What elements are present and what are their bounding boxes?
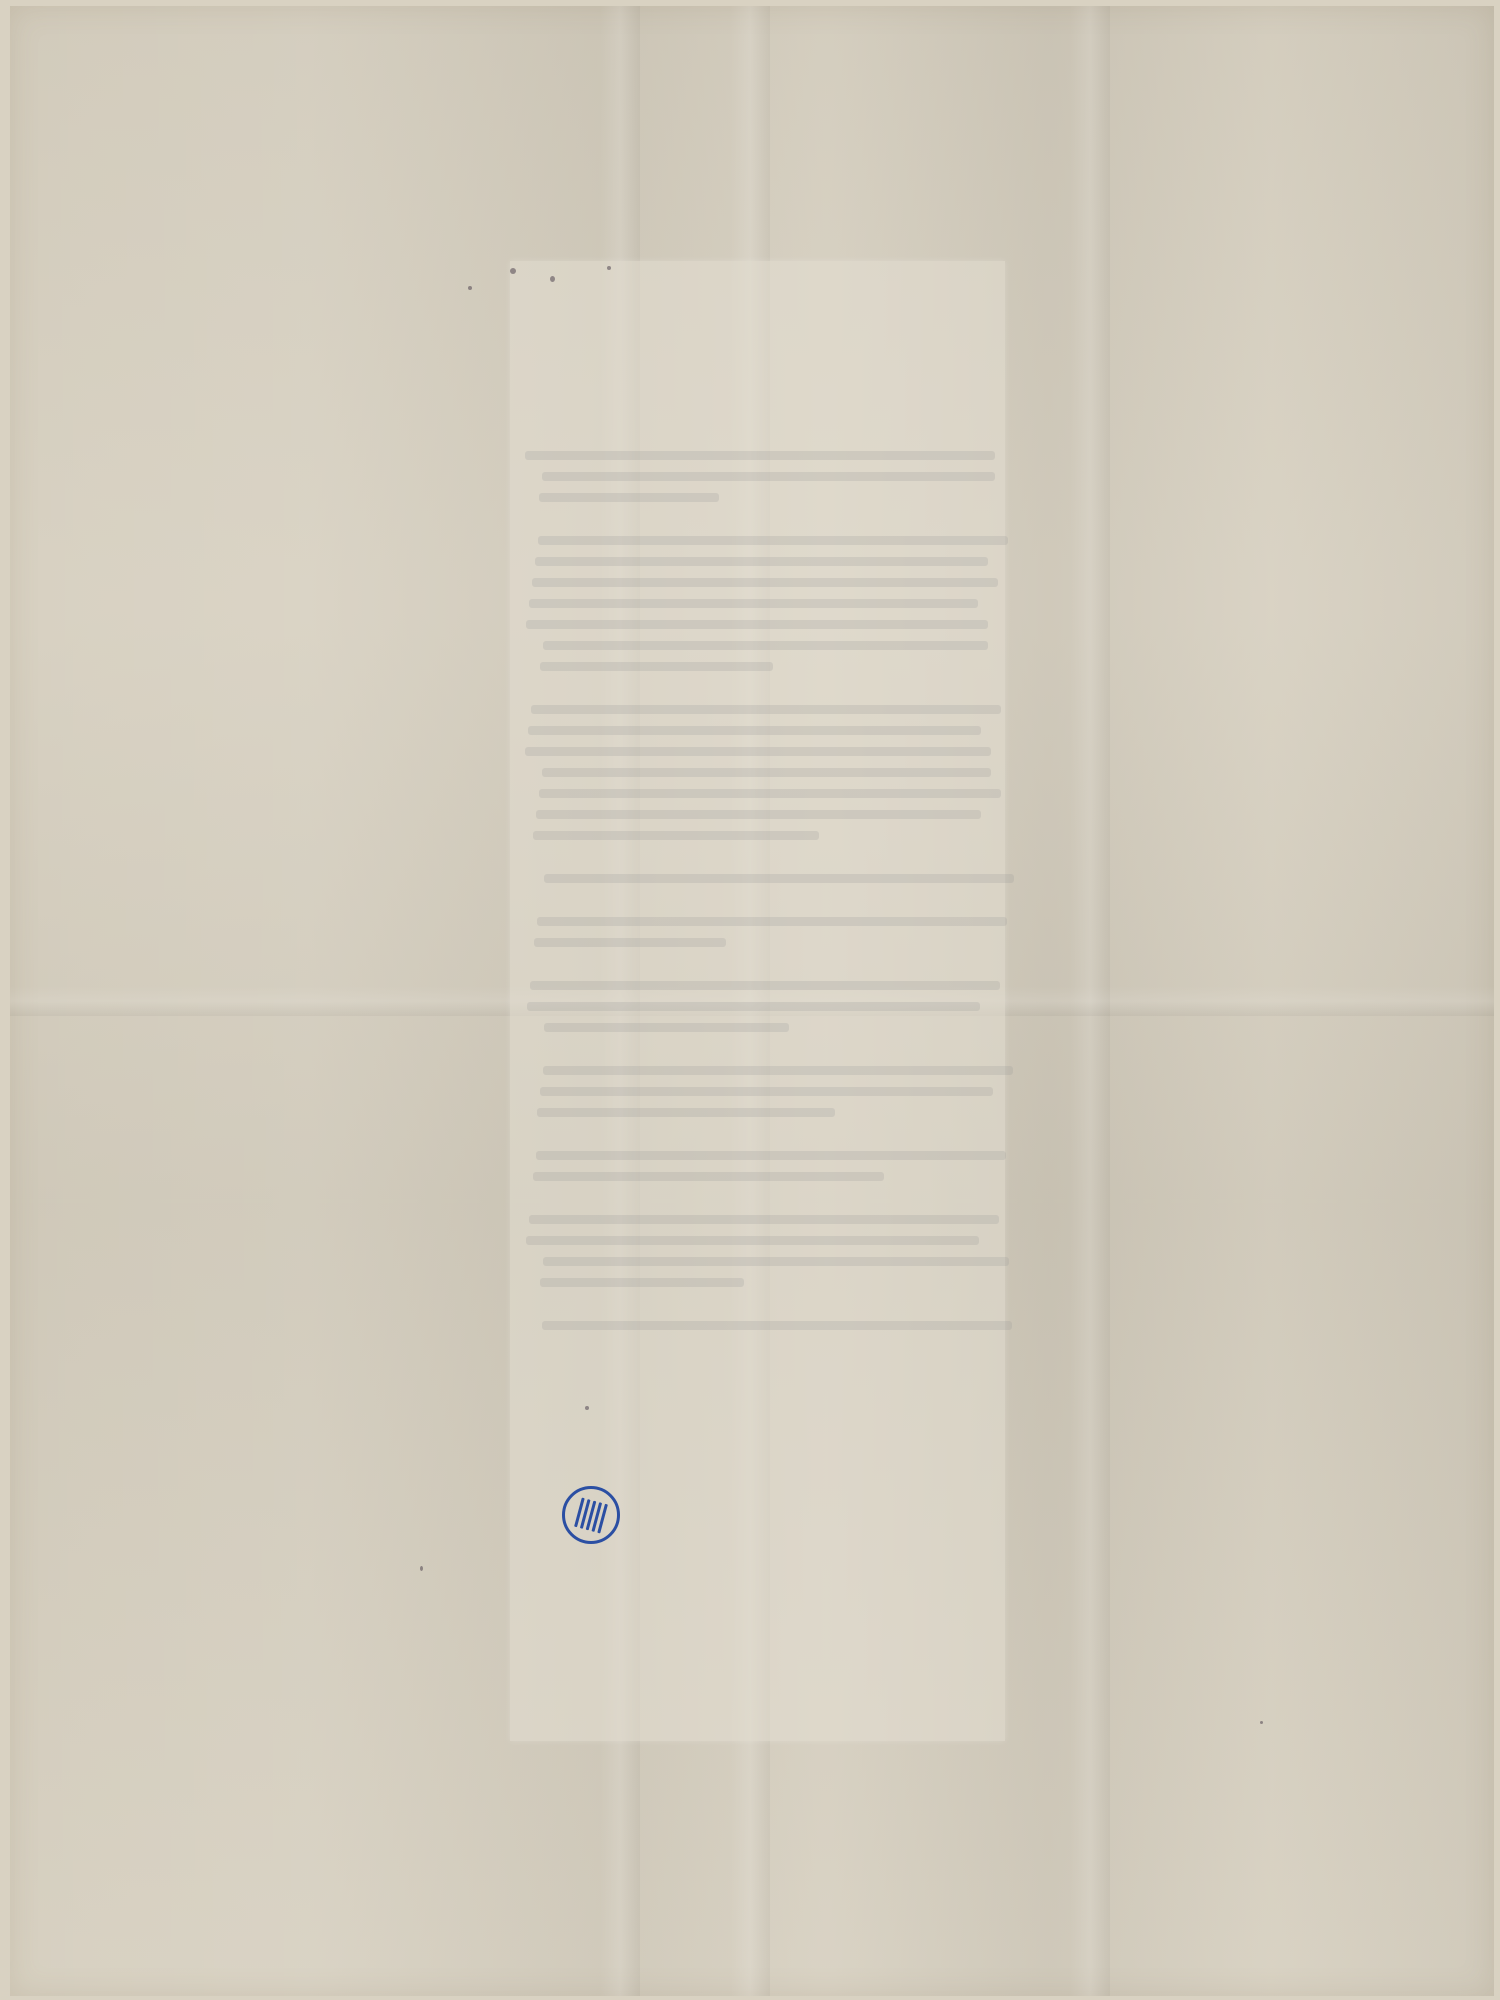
ghost-text-line bbox=[539, 789, 1001, 798]
ghost-text-line bbox=[528, 726, 981, 735]
ink-speck bbox=[550, 276, 555, 282]
ghost-text-line bbox=[533, 1172, 884, 1181]
ink-speck bbox=[607, 266, 611, 270]
ink-speck bbox=[468, 286, 472, 290]
ghost-text-line bbox=[535, 557, 988, 566]
ink-speck bbox=[1260, 1721, 1263, 1724]
ghost-text-line bbox=[534, 938, 726, 947]
ghost-text-line bbox=[544, 1023, 789, 1032]
ghost-text-line bbox=[539, 493, 719, 502]
ghost-text-line bbox=[540, 662, 773, 671]
ghost-text-line bbox=[529, 599, 978, 608]
ghost-text-line bbox=[530, 981, 1000, 990]
ghost-text-line bbox=[531, 705, 1001, 714]
ghost-text-line bbox=[543, 1257, 1009, 1266]
stamp-text-glyphs bbox=[574, 1497, 608, 1533]
ghost-text-line bbox=[527, 1002, 980, 1011]
ghost-text-line bbox=[540, 1278, 744, 1287]
ghost-text-line bbox=[532, 578, 998, 587]
ghost-text-line bbox=[538, 536, 1008, 545]
ghost-text-line bbox=[537, 917, 1007, 926]
paper-sheet bbox=[10, 6, 1494, 1996]
ghost-text-line bbox=[526, 620, 988, 629]
ghost-text-line bbox=[543, 1066, 1013, 1075]
ghost-text-line bbox=[526, 1236, 979, 1245]
ghost-text-line bbox=[537, 1108, 835, 1117]
ghost-text-line bbox=[543, 641, 988, 650]
ghost-text-line bbox=[536, 1151, 1006, 1160]
ghost-text-line bbox=[525, 451, 995, 460]
ghost-text-line bbox=[544, 874, 1014, 883]
ghost-text-line bbox=[525, 747, 991, 756]
ghost-text-line bbox=[542, 768, 991, 777]
ink-speck bbox=[420, 1566, 423, 1571]
ink-speck bbox=[585, 1406, 589, 1410]
ghost-text-line bbox=[529, 1215, 999, 1224]
ink-speck bbox=[510, 268, 516, 274]
ghost-text-line bbox=[542, 1321, 1012, 1330]
ghost-text-line bbox=[536, 810, 981, 819]
ghost-text-line bbox=[540, 1087, 993, 1096]
library-stamp bbox=[562, 1486, 620, 1544]
ghost-text-line bbox=[533, 831, 819, 840]
ghost-text-line bbox=[542, 472, 995, 481]
